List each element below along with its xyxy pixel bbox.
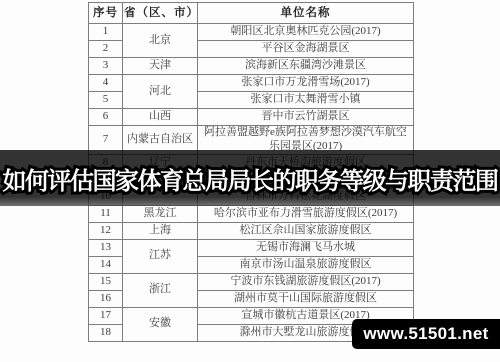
- unit-name-cell: 哈尔滨市亚布力滑雪旅游度假区(2017): [198, 205, 414, 222]
- unit-name-cell: 晋中市云竹湖景区: [198, 109, 414, 126]
- table-row: 6 山西 晋中市云竹湖景区: [89, 109, 414, 126]
- unit-name-cell: 松江区佘山国家旅游度假区: [198, 222, 414, 239]
- row-number-cell: 5: [89, 92, 123, 109]
- province-cell: 浙江: [123, 273, 198, 307]
- unit-name-cell: 无锡市海澜飞马水城: [198, 239, 414, 256]
- table-row: 1 北京 朝阳区北京奥林匹克公园(2017): [89, 24, 414, 41]
- province-cell: 北京: [123, 24, 198, 58]
- province-cell: 安徽: [123, 307, 198, 341]
- headline-text: 如何评估国家体育总局局长的职务等级与职责范围: [3, 161, 498, 196]
- unit-name-cell: 张家口市太舞滑雪小镇: [198, 92, 414, 109]
- province-cell: 天津: [123, 58, 198, 75]
- row-number-cell: 12: [89, 222, 123, 239]
- unit-name-cell: 南京市汤山温泉旅游度假区: [198, 256, 414, 273]
- province-cell: 上海: [123, 222, 198, 239]
- unit-name-cell: 平谷区金海湖景区: [198, 41, 414, 58]
- table-row: 13 江苏 无锡市海澜飞马水城: [89, 239, 414, 256]
- row-number-cell: 1: [89, 24, 123, 41]
- row-number-cell: 6: [89, 109, 123, 126]
- province-cell: 黑龙江: [123, 205, 198, 222]
- table-row: 12 上海 松江区佘山国家旅游度假区: [89, 222, 414, 239]
- row-number-cell: 4: [89, 75, 123, 92]
- row-number-cell: 14: [89, 256, 123, 273]
- screenshot-canvas: 序号 省（区、市） 单位名称 1 北京 朝阳区北京奥林匹克公园(2017) 2 …: [0, 0, 500, 362]
- row-number-cell: 13: [89, 239, 123, 256]
- table-header-row: 序号 省（区、市） 单位名称: [89, 3, 414, 24]
- table-row: 4 河北 张家口市万龙滑雪场(2017): [89, 75, 414, 92]
- table-row: 11 黑龙江 哈尔滨市亚布力滑雪旅游度假区(2017): [89, 205, 414, 222]
- table-row: 15 浙江 宁波市东钱湖旅游度假区(2017): [89, 273, 414, 290]
- unit-name-cell: 滨海新区东疆湾沙滩景区: [198, 58, 414, 75]
- province-cell: 山西: [123, 109, 198, 126]
- watermark-text: www.51501.net: [363, 324, 488, 344]
- unit-name-cell: 湖州市莫干山国际旅游度假区: [198, 290, 414, 307]
- row-number-cell: 17: [89, 307, 123, 324]
- province-cell: 江苏: [123, 239, 198, 273]
- row-number-cell: 15: [89, 273, 123, 290]
- unit-name-cell: 朝阳区北京奥林匹克公园(2017): [198, 24, 414, 41]
- unit-name-cell: 张家口市万龙滑雪场(2017): [198, 75, 414, 92]
- row-number-cell: 18: [89, 324, 123, 341]
- row-number-cell: 16: [89, 290, 123, 307]
- header-cell-no: 序号: [89, 3, 123, 24]
- row-number-cell: 2: [89, 41, 123, 58]
- headline-overlay-banner: 如何评估国家体育总局局长的职务等级与职责范围: [0, 150, 500, 206]
- province-cell: 河北: [123, 75, 198, 109]
- watermark-badge: www.51501.net: [352, 319, 500, 349]
- table-row: 3 天津 滨海新区东疆湾沙滩景区: [89, 58, 414, 75]
- header-cell-province: 省（区、市）: [123, 3, 198, 24]
- header-cell-unit: 单位名称: [198, 3, 414, 24]
- unit-name-cell: 宁波市东钱湖旅游度假区(2017): [198, 273, 414, 290]
- row-number-cell: 3: [89, 58, 123, 75]
- row-number-cell: 11: [89, 205, 123, 222]
